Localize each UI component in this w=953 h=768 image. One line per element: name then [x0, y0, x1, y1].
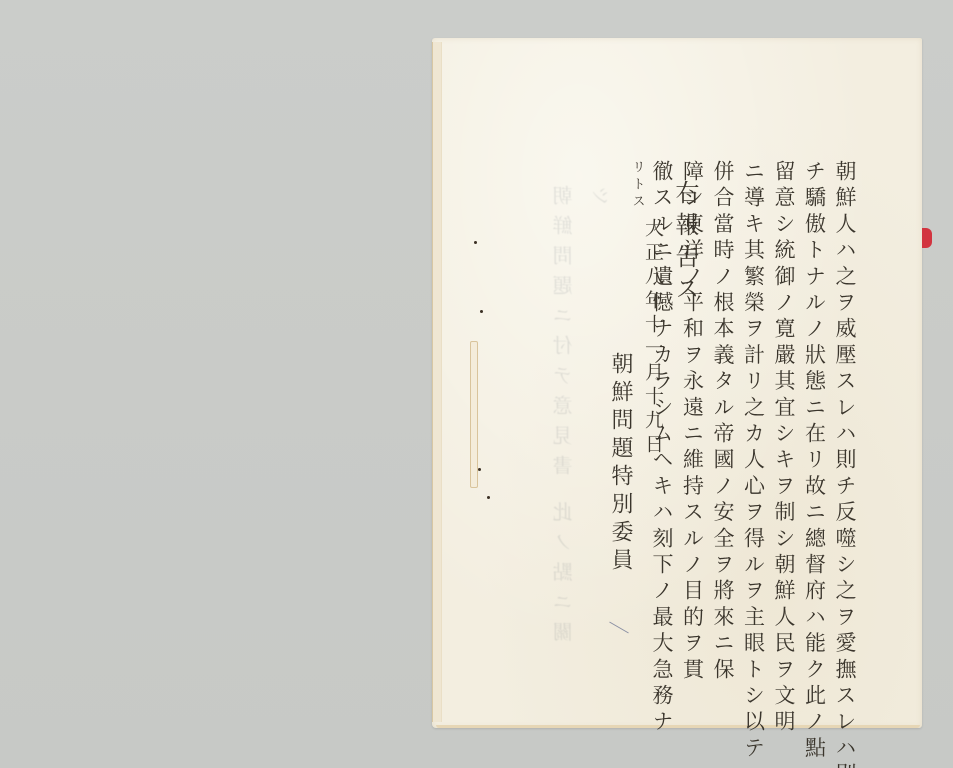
text-column-3: 留意シ統御ノ寛嚴其宜シキヲ制シ朝鮮人民ヲ文明 [769, 160, 800, 680]
binding-hole [480, 310, 483, 313]
binding-hole [487, 496, 490, 499]
binding-hole [474, 241, 477, 244]
binding-hole [478, 468, 481, 471]
text-column-4: ニ導キ其繁榮ヲ計リ之カ人心ヲ得ルヲ主眼トシ以テ [738, 160, 769, 680]
text-column-5: 併合當時ノ根本義タル帝國ノ安全ヲ將來ニ保 [708, 160, 739, 680]
text-column-1: 朝鮮人ハ之ヲ威壓スレハ則チ反噬シ之ヲ愛撫スレハ則 [830, 160, 861, 680]
page-binding-edge [432, 42, 442, 722]
signature: 朝鮮問題特別委員 [605, 352, 636, 576]
document-date: 大正八年十一月十九日 [640, 218, 667, 458]
text-column-2: チ驕傲トナルノ狀態ニ在リ故ニ總督府ハ能ク此ノ點ニ [799, 160, 830, 680]
red-index-tab [922, 228, 932, 248]
body-text: 朝鮮人ハ之ヲ威壓スレハ則チ反噬シ之ヲ愛撫スレハ則 チ驕傲トナルノ狀態ニ在リ故ニ總… [700, 160, 860, 680]
binding-stitch [470, 341, 478, 488]
closing-statement: 右報告ス [668, 180, 703, 308]
